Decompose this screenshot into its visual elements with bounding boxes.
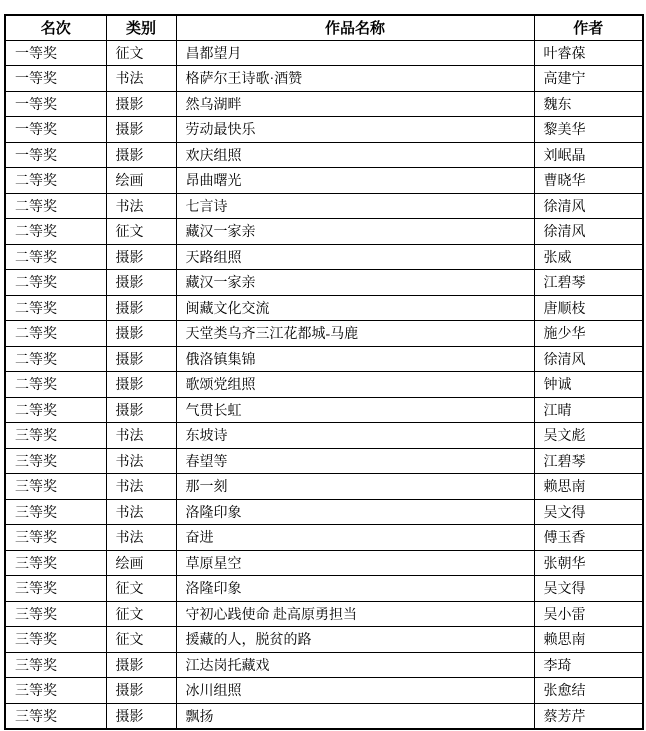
cell-category: 征文: [106, 40, 176, 66]
cell-author: 叶睿葆: [534, 40, 643, 66]
table-row: 三等奖书法那一刻赖思南: [5, 474, 643, 500]
cell-title: 洛隆印象: [176, 499, 534, 525]
table-row: 三等奖书法奋进傅玉香: [5, 525, 643, 551]
cell-category: 绘画: [106, 550, 176, 576]
table-row: 一等奖征文昌都望月叶睿葆: [5, 40, 643, 66]
cell-author: 赖思南: [534, 627, 643, 653]
cell-category: 书法: [106, 193, 176, 219]
cell-category: 书法: [106, 474, 176, 500]
cell-category: 书法: [106, 525, 176, 551]
table-row: 二等奖征文藏汉一家亲徐清风: [5, 219, 643, 245]
cell-rank: 三等奖: [5, 499, 106, 525]
cell-title: 奋进: [176, 525, 534, 551]
cell-rank: 二等奖: [5, 270, 106, 296]
cell-category: 摄影: [106, 397, 176, 423]
cell-title: 俄洛镇集锦: [176, 346, 534, 372]
table-row: 一等奖书法格萨尔王诗歌·酒赞高建宁: [5, 66, 643, 92]
cell-author: 张朝华: [534, 550, 643, 576]
cell-rank: 二等奖: [5, 372, 106, 398]
cell-author: 李琦: [534, 652, 643, 678]
table-row: 二等奖摄影藏汉一家亲江碧琴: [5, 270, 643, 296]
cell-rank: 三等奖: [5, 703, 106, 729]
cell-author: 傅玉香: [534, 525, 643, 551]
cell-title: 歌颂党组照: [176, 372, 534, 398]
table-row: 二等奖摄影闽藏文化交流唐顺枝: [5, 295, 643, 321]
cell-author: 吴文得: [534, 499, 643, 525]
cell-author: 吴文彪: [534, 423, 643, 449]
cell-title: 欢庆组照: [176, 142, 534, 168]
cell-rank: 一等奖: [5, 117, 106, 143]
cell-category: 摄影: [106, 91, 176, 117]
cell-category: 摄影: [106, 117, 176, 143]
cell-author: 徐清风: [534, 346, 643, 372]
cell-title: 东坡诗: [176, 423, 534, 449]
cell-title: 七言诗: [176, 193, 534, 219]
cell-title: 冰川组照: [176, 678, 534, 704]
cell-category: 摄影: [106, 652, 176, 678]
cell-title: 守初心践使命 赴高原勇担当: [176, 601, 534, 627]
cell-category: 摄影: [106, 372, 176, 398]
column-header-category: 类别: [106, 15, 176, 40]
cell-title: 藏汉一家亲: [176, 219, 534, 245]
cell-category: 摄影: [106, 270, 176, 296]
header-row: 名次 类别 作品名称 作者: [5, 15, 643, 40]
cell-title: 天路组照: [176, 244, 534, 270]
cell-title: 飘扬: [176, 703, 534, 729]
table-row: 三等奖书法春望等江碧琴: [5, 448, 643, 474]
column-header-rank: 名次: [5, 15, 106, 40]
cell-category: 书法: [106, 499, 176, 525]
table-row: 三等奖征文守初心践使命 赴高原勇担当吴小雷: [5, 601, 643, 627]
cell-rank: 一等奖: [5, 142, 106, 168]
cell-category: 摄影: [106, 703, 176, 729]
cell-category: 征文: [106, 627, 176, 653]
cell-title: 昂曲曙光: [176, 168, 534, 194]
cell-category: 征文: [106, 576, 176, 602]
column-header-author: 作者: [534, 15, 643, 40]
cell-title: 劳动最快乐: [176, 117, 534, 143]
cell-rank: 三等奖: [5, 474, 106, 500]
cell-author: 张威: [534, 244, 643, 270]
cell-rank: 二等奖: [5, 168, 106, 194]
cell-category: 摄影: [106, 244, 176, 270]
cell-rank: 三等奖: [5, 678, 106, 704]
cell-author: 蔡芳芹: [534, 703, 643, 729]
cell-rank: 二等奖: [5, 295, 106, 321]
cell-rank: 二等奖: [5, 346, 106, 372]
cell-rank: 二等奖: [5, 397, 106, 423]
table-row: 二等奖绘画昂曲曙光曹晓华: [5, 168, 643, 194]
table-row: 二等奖摄影气贯长虹江晴: [5, 397, 643, 423]
table-row: 三等奖绘画草原星空张朝华: [5, 550, 643, 576]
cell-category: 征文: [106, 219, 176, 245]
cell-author: 黎美华: [534, 117, 643, 143]
cell-author: 吴文得: [534, 576, 643, 602]
cell-category: 书法: [106, 448, 176, 474]
cell-rank: 三等奖: [5, 601, 106, 627]
table-body: 一等奖征文昌都望月叶睿葆一等奖书法格萨尔王诗歌·酒赞高建宁一等奖摄影然乌湖畔魏东…: [5, 40, 643, 729]
cell-rank: 三等奖: [5, 576, 106, 602]
table-row: 三等奖征文洛隆印象吴文得: [5, 576, 643, 602]
cell-author: 江晴: [534, 397, 643, 423]
cell-author: 高建宁: [534, 66, 643, 92]
cell-rank: 一等奖: [5, 40, 106, 66]
cell-title: 援藏的人，脱贫的路: [176, 627, 534, 653]
table-row: 二等奖摄影天路组照张威: [5, 244, 643, 270]
awards-table: 名次 类别 作品名称 作者 一等奖征文昌都望月叶睿葆一等奖书法格萨尔王诗歌·酒赞…: [4, 14, 644, 730]
cell-author: 徐清风: [534, 219, 643, 245]
cell-title: 草原星空: [176, 550, 534, 576]
cell-category: 书法: [106, 423, 176, 449]
table-row: 一等奖摄影欢庆组照刘岷晶: [5, 142, 643, 168]
table-row: 一等奖摄影劳动最快乐黎美华: [5, 117, 643, 143]
table-row: 一等奖摄影然乌湖畔魏东: [5, 91, 643, 117]
cell-author: 唐顺枝: [534, 295, 643, 321]
table-row: 二等奖书法七言诗徐清风: [5, 193, 643, 219]
cell-title: 气贯长虹: [176, 397, 534, 423]
cell-author: 魏东: [534, 91, 643, 117]
cell-author: 刘岷晶: [534, 142, 643, 168]
cell-category: 摄影: [106, 678, 176, 704]
cell-rank: 一等奖: [5, 66, 106, 92]
cell-title: 春望等: [176, 448, 534, 474]
cell-category: 绘画: [106, 168, 176, 194]
cell-rank: 三等奖: [5, 652, 106, 678]
cell-author: 江碧琴: [534, 448, 643, 474]
cell-rank: 三等奖: [5, 550, 106, 576]
column-header-title: 作品名称: [176, 15, 534, 40]
table-row: 三等奖书法洛隆印象吴文得: [5, 499, 643, 525]
table-row: 三等奖摄影江达岗托藏戏李琦: [5, 652, 643, 678]
cell-rank: 二等奖: [5, 244, 106, 270]
cell-author: 施少华: [534, 321, 643, 347]
cell-rank: 三等奖: [5, 423, 106, 449]
cell-category: 书法: [106, 66, 176, 92]
cell-category: 摄影: [106, 295, 176, 321]
cell-rank: 三等奖: [5, 525, 106, 551]
cell-category: 征文: [106, 601, 176, 627]
cell-rank: 二等奖: [5, 321, 106, 347]
cell-title: 格萨尔王诗歌·酒赞: [176, 66, 534, 92]
cell-author: 曹晓华: [534, 168, 643, 194]
cell-title: 那一刻: [176, 474, 534, 500]
cell-author: 赖思南: [534, 474, 643, 500]
cell-title: 天堂类乌齐三江花都城-马鹿: [176, 321, 534, 347]
cell-category: 摄影: [106, 142, 176, 168]
cell-rank: 二等奖: [5, 193, 106, 219]
cell-author: 徐清风: [534, 193, 643, 219]
cell-title: 昌都望月: [176, 40, 534, 66]
table-row: 三等奖书法东坡诗吴文彪: [5, 423, 643, 449]
cell-title: 洛隆印象: [176, 576, 534, 602]
cell-rank: 一等奖: [5, 91, 106, 117]
table-row: 二等奖摄影天堂类乌齐三江花都城-马鹿施少华: [5, 321, 643, 347]
table-row: 二等奖摄影俄洛镇集锦徐清风: [5, 346, 643, 372]
table-row: 三等奖征文援藏的人，脱贫的路赖思南: [5, 627, 643, 653]
table-row: 三等奖摄影飘扬蔡芳芹: [5, 703, 643, 729]
cell-title: 藏汉一家亲: [176, 270, 534, 296]
cell-category: 摄影: [106, 321, 176, 347]
cell-author: 吴小雷: [534, 601, 643, 627]
cell-author: 江碧琴: [534, 270, 643, 296]
cell-author: 张愈结: [534, 678, 643, 704]
table-row: 二等奖摄影歌颂党组照钟诚: [5, 372, 643, 398]
cell-title: 江达岗托藏戏: [176, 652, 534, 678]
table-row: 三等奖摄影冰川组照张愈结: [5, 678, 643, 704]
cell-category: 摄影: [106, 346, 176, 372]
cell-title: 然乌湖畔: [176, 91, 534, 117]
cell-rank: 三等奖: [5, 448, 106, 474]
cell-author: 钟诚: [534, 372, 643, 398]
cell-rank: 三等奖: [5, 627, 106, 653]
cell-title: 闽藏文化交流: [176, 295, 534, 321]
cell-rank: 二等奖: [5, 219, 106, 245]
